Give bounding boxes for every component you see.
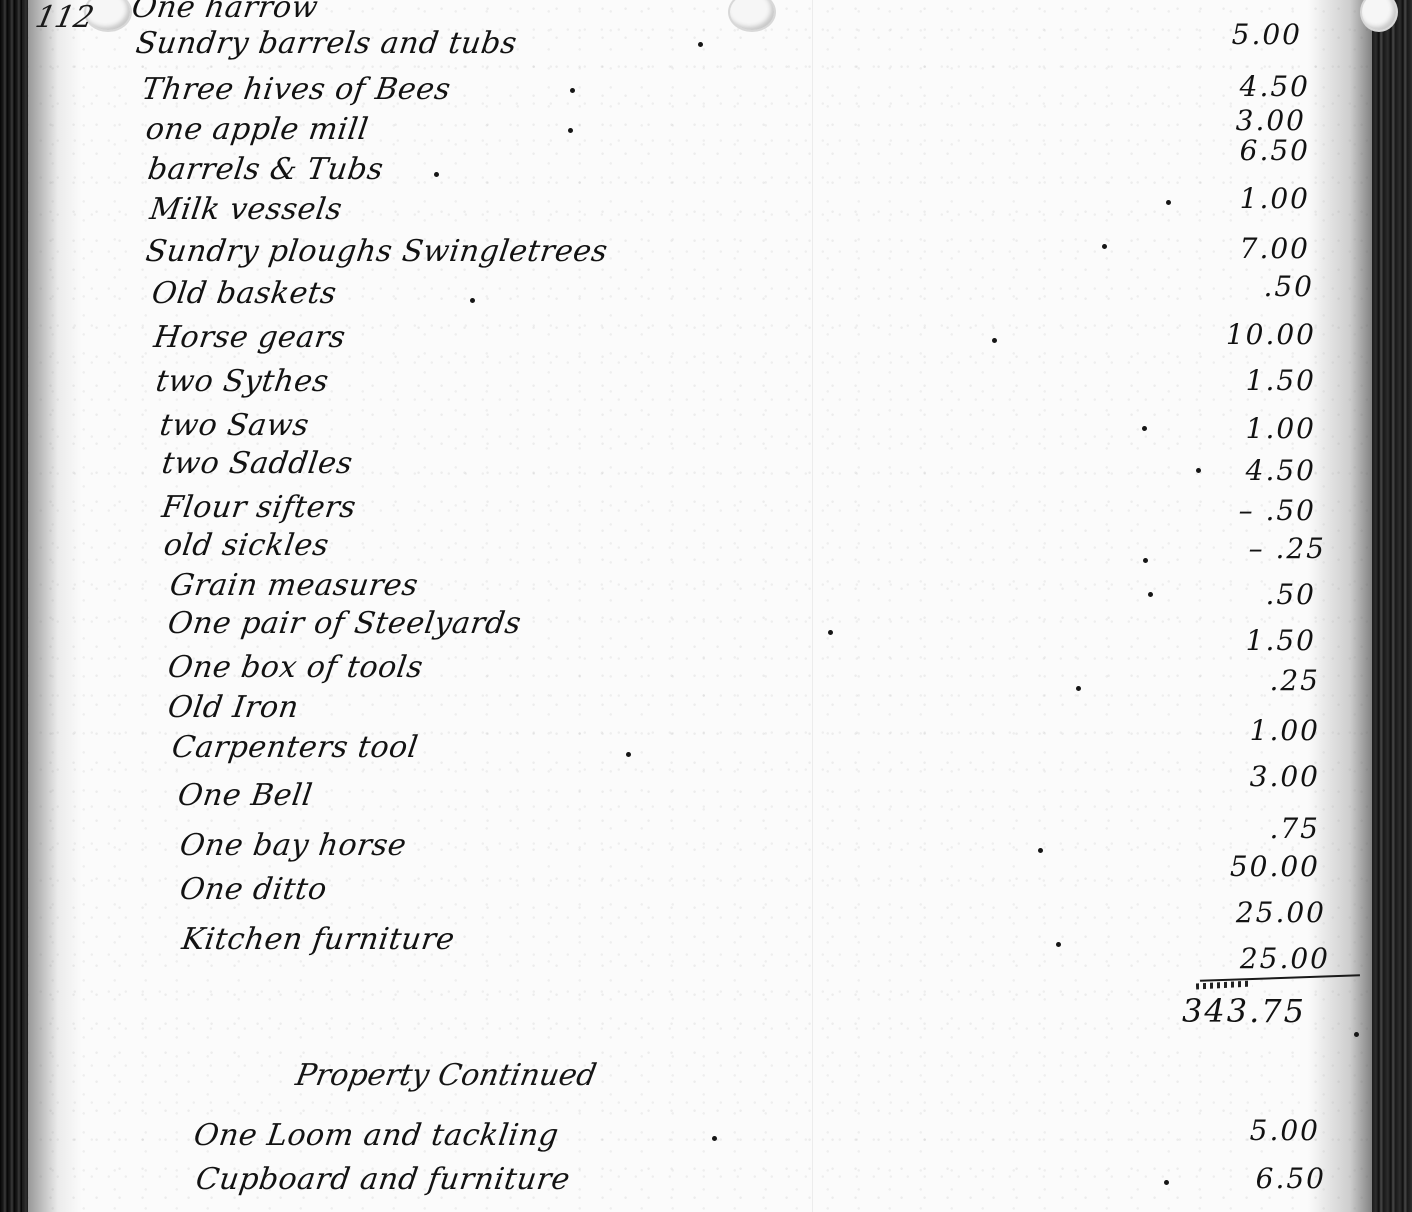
leader-dot	[1076, 686, 1081, 691]
item-label: Flour sifters	[159, 490, 358, 526]
item-amount: .50	[1184, 270, 1314, 304]
item-label: barrels & Tubs	[145, 152, 385, 188]
total-amount: 343.75	[1176, 994, 1306, 1028]
item-amount: 25.00	[1196, 896, 1326, 930]
item-label: One pair of Steelyards	[165, 606, 523, 642]
item-label: Horse gears	[151, 320, 347, 356]
item-amount: 6.50	[1196, 1162, 1326, 1196]
item-label: One harrow	[129, 0, 320, 26]
item-amount: .50	[1186, 578, 1316, 612]
item-amount: – .50	[1186, 494, 1316, 528]
leader-dot	[1142, 426, 1147, 431]
item-amount: 1.50	[1186, 624, 1316, 658]
item-label: Carpenters tool	[169, 730, 420, 766]
item-amount: 1.00	[1190, 714, 1320, 748]
left-binding-shadow	[22, 0, 82, 1212]
item-amount: 4.50	[1180, 70, 1310, 104]
item-amount: 1.00	[1186, 412, 1316, 446]
item-amount: .75	[1190, 812, 1320, 846]
item-label: One bay horse	[177, 828, 408, 864]
leader-dot	[1143, 558, 1148, 563]
item-label: One ditto	[177, 872, 329, 908]
leader-dot	[1166, 200, 1171, 205]
leader-dot	[470, 298, 475, 303]
item-amount: – .25	[1196, 532, 1326, 566]
item-amount: 1.00	[1180, 182, 1310, 216]
item-label: Old Iron	[165, 690, 301, 726]
leader-dot	[1164, 1180, 1169, 1185]
item-amount: 3.00	[1190, 760, 1320, 794]
item-label: Milk vessels	[147, 192, 344, 228]
leader-dot	[698, 42, 703, 47]
item-label: Sundry barrels and tubs	[133, 26, 519, 62]
scanned-document-page: 112 One harrow Sundry barrels and tubs T…	[0, 0, 1412, 1212]
leader-dot	[1102, 244, 1107, 249]
leader-dot	[712, 1136, 717, 1141]
leader-dot	[828, 630, 833, 635]
item-label: two Sythes	[153, 364, 330, 400]
item-label: One box of tools	[165, 650, 425, 686]
item-amount: 10.00	[1186, 318, 1316, 352]
item-amount: 1.50	[1186, 364, 1316, 398]
punch-hole	[730, 0, 774, 30]
item-amount: 50.00	[1190, 850, 1320, 884]
sum-flourish	[1196, 981, 1252, 990]
leader-dot	[1354, 1032, 1359, 1037]
item-label: Old baskets	[149, 276, 338, 312]
item-amount: 6.50	[1180, 134, 1310, 168]
item-amount: 5.00	[1190, 1114, 1320, 1148]
item-amount: 4.50	[1186, 454, 1316, 488]
page-number: 112	[32, 0, 97, 35]
leader-dot	[1038, 848, 1043, 853]
section-heading: Property Continued	[293, 1058, 599, 1093]
item-label: Sundry ploughs Swingletrees	[143, 234, 609, 270]
item-amount: 3.00	[1176, 104, 1306, 138]
leader-dot	[1148, 592, 1153, 597]
leader-dot	[570, 88, 575, 93]
item-label: one apple mill	[143, 112, 370, 148]
right-edge-shadow	[1308, 0, 1378, 1212]
item-amount: .25	[1190, 664, 1320, 698]
leader-dot	[992, 338, 997, 343]
item-label: two Saws	[157, 408, 311, 444]
item-label: Three hives of Bees	[139, 72, 452, 108]
leader-dot	[1056, 942, 1061, 947]
item-label: old sickles	[161, 528, 331, 564]
item-label: One Bell	[175, 778, 314, 814]
leader-dot	[626, 752, 631, 757]
item-label: Grain measures	[167, 568, 420, 604]
item-label: One Loom and tackling	[191, 1118, 560, 1154]
right-page-edge	[1372, 0, 1412, 1212]
item-label: Cupboard and furniture	[193, 1162, 572, 1198]
faint-fold-line	[812, 0, 813, 1212]
leader-dot	[434, 172, 439, 177]
item-label: two Saddles	[159, 446, 354, 482]
item-amount: 7.00	[1180, 232, 1310, 266]
leader-dot	[568, 128, 573, 133]
item-amount: 25.00	[1200, 942, 1330, 976]
item-amount: 5.00	[1172, 18, 1302, 52]
item-label: Kitchen furniture	[179, 922, 457, 958]
